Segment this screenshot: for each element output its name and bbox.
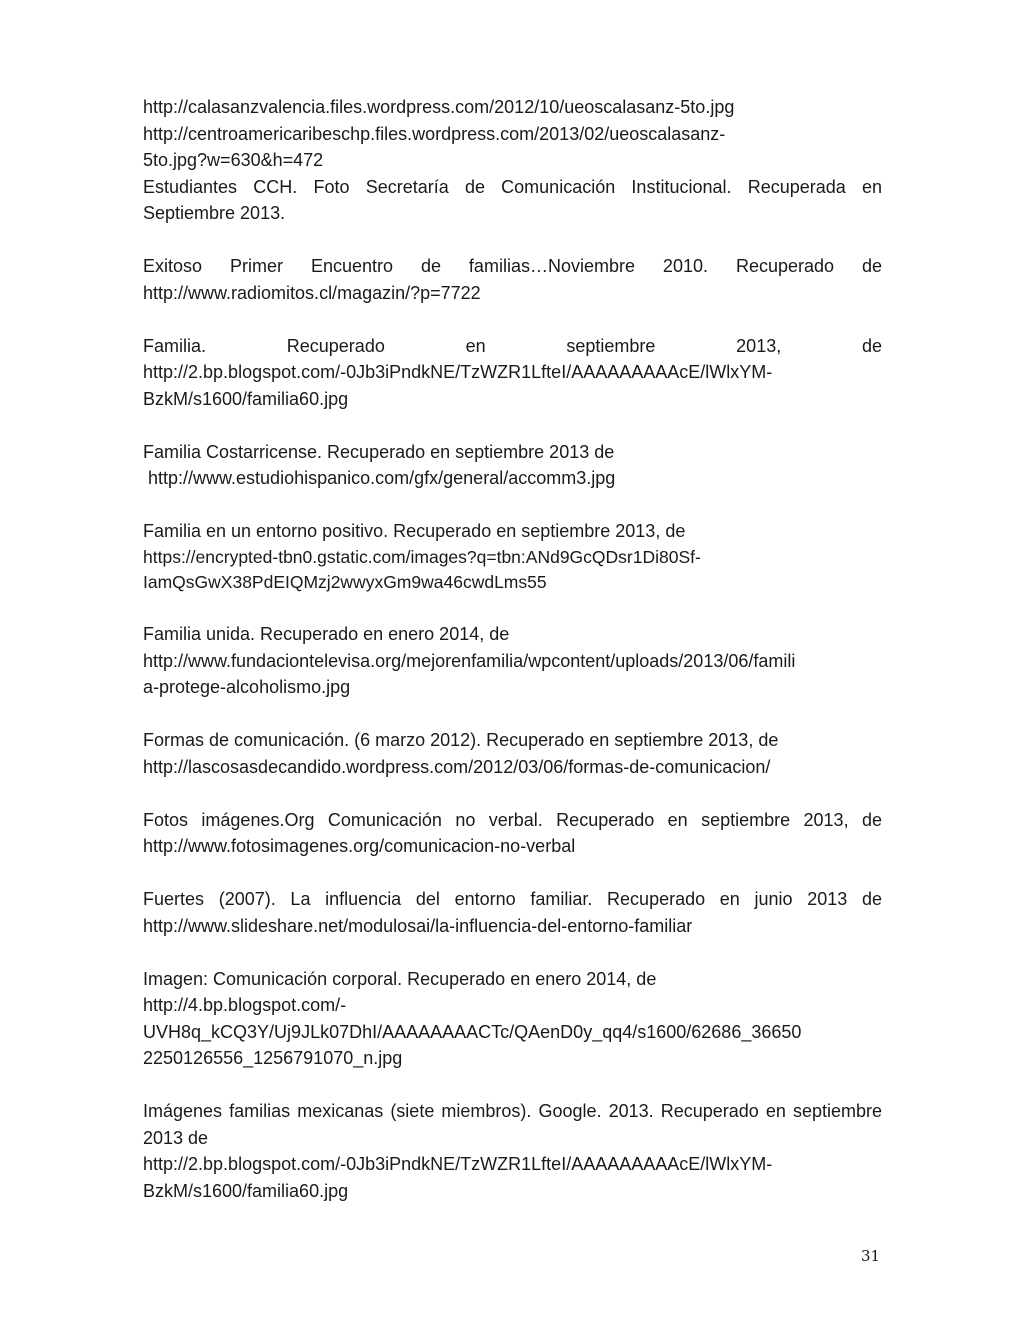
reference-url[interactable]: https://encrypted-tbn0.gstatic.com/image…: [143, 545, 882, 570]
reference-entry: Exitoso Primer Encuentro de familias…Nov…: [143, 253, 882, 306]
reference-url-continuation[interactable]: 2250126556_1256791070_n.jpg: [143, 1045, 882, 1072]
reference-url-continuation[interactable]: IamQsGwX38PdEIQMzj2wwyxGm9wa46cwdLms55: [143, 570, 882, 595]
reference-entry: Imágenes familias mexicanas (siete miemb…: [143, 1098, 882, 1204]
reference-url[interactable]: http://www.estudiohispanico.com/gfx/gene…: [143, 465, 882, 492]
reference-entry: Fotos imágenes.Org Comunicación no verba…: [143, 807, 882, 860]
reference-text: Familia unida. Recuperado en enero 2014,…: [143, 621, 882, 648]
reference-url[interactable]: http://centroamericaribeschp.files.wordp…: [143, 121, 882, 148]
reference-text: Exitoso Primer Encuentro de familias…Nov…: [143, 256, 882, 303]
reference-url-continuation[interactable]: a-protege-alcoholismo.jpg: [143, 674, 882, 701]
reference-entry: Fuertes (2007). La influencia del entorn…: [143, 886, 882, 939]
reference-entry: Familia. Recuperado en septiembre 2013, …: [143, 333, 882, 413]
reference-text: Imagen: Comunicación corporal. Recuperad…: [143, 966, 882, 993]
reference-text: Imágenes familias mexicanas (siete miemb…: [143, 1098, 882, 1151]
reference-entry: Familia Costarricense. Recuperado en sep…: [143, 439, 882, 492]
reference-url[interactable]: http://2.bp.blogspot.com/-0Jb3iPndkNE/Tz…: [143, 1151, 882, 1178]
reference-url-continuation[interactable]: UVH8q_kCQ3Y/Uj9JLk07DhI/AAAAAAAACTc/QAen…: [143, 1019, 882, 1046]
reference-entry: Imagen: Comunicación corporal. Recuperad…: [143, 966, 882, 1072]
reference-url-continuation[interactable]: 5to.jpg?w=630&h=472: [143, 147, 882, 174]
reference-url[interactable]: http://www.fundaciontelevisa.org/mejoren…: [143, 648, 882, 675]
page-number: 31: [861, 1247, 880, 1265]
reference-text: Familia. Recuperado en septiembre 2013, …: [143, 336, 882, 409]
reference-text: Formas de comunicación. (6 marzo 2012). …: [143, 727, 882, 754]
reference-entry: Familia unida. Recuperado en enero 2014,…: [143, 621, 882, 701]
reference-entry: http://calasanzvalencia.files.wordpress.…: [143, 94, 882, 174]
reference-entry: Formas de comunicación. (6 marzo 2012). …: [143, 727, 882, 780]
reference-text: Familia en un entorno positivo. Recupera…: [143, 518, 882, 545]
references-page: http://calasanzvalencia.files.wordpress.…: [143, 94, 882, 1231]
reference-text: Fuertes (2007). La influencia del entorn…: [143, 889, 882, 936]
reference-url[interactable]: http://4.bp.blogspot.com/-: [143, 992, 882, 1019]
reference-text: Fotos imágenes.Org Comunicación no verba…: [143, 810, 882, 857]
reference-entry: Familia en un entorno positivo. Recupera…: [143, 518, 882, 595]
reference-url[interactable]: http://lascosasdecandido.wordpress.com/2…: [143, 754, 882, 781]
reference-url[interactable]: http://calasanzvalencia.files.wordpress.…: [143, 94, 882, 121]
reference-text: Familia Costarricense. Recuperado en sep…: [143, 439, 882, 466]
reference-text: Estudiantes CCH. Foto Secretaría de Comu…: [143, 177, 882, 224]
reference-url-continuation[interactable]: BzkM/s1600/familia60.jpg: [143, 1178, 882, 1205]
reference-entry: Estudiantes CCH. Foto Secretaría de Comu…: [143, 174, 882, 227]
